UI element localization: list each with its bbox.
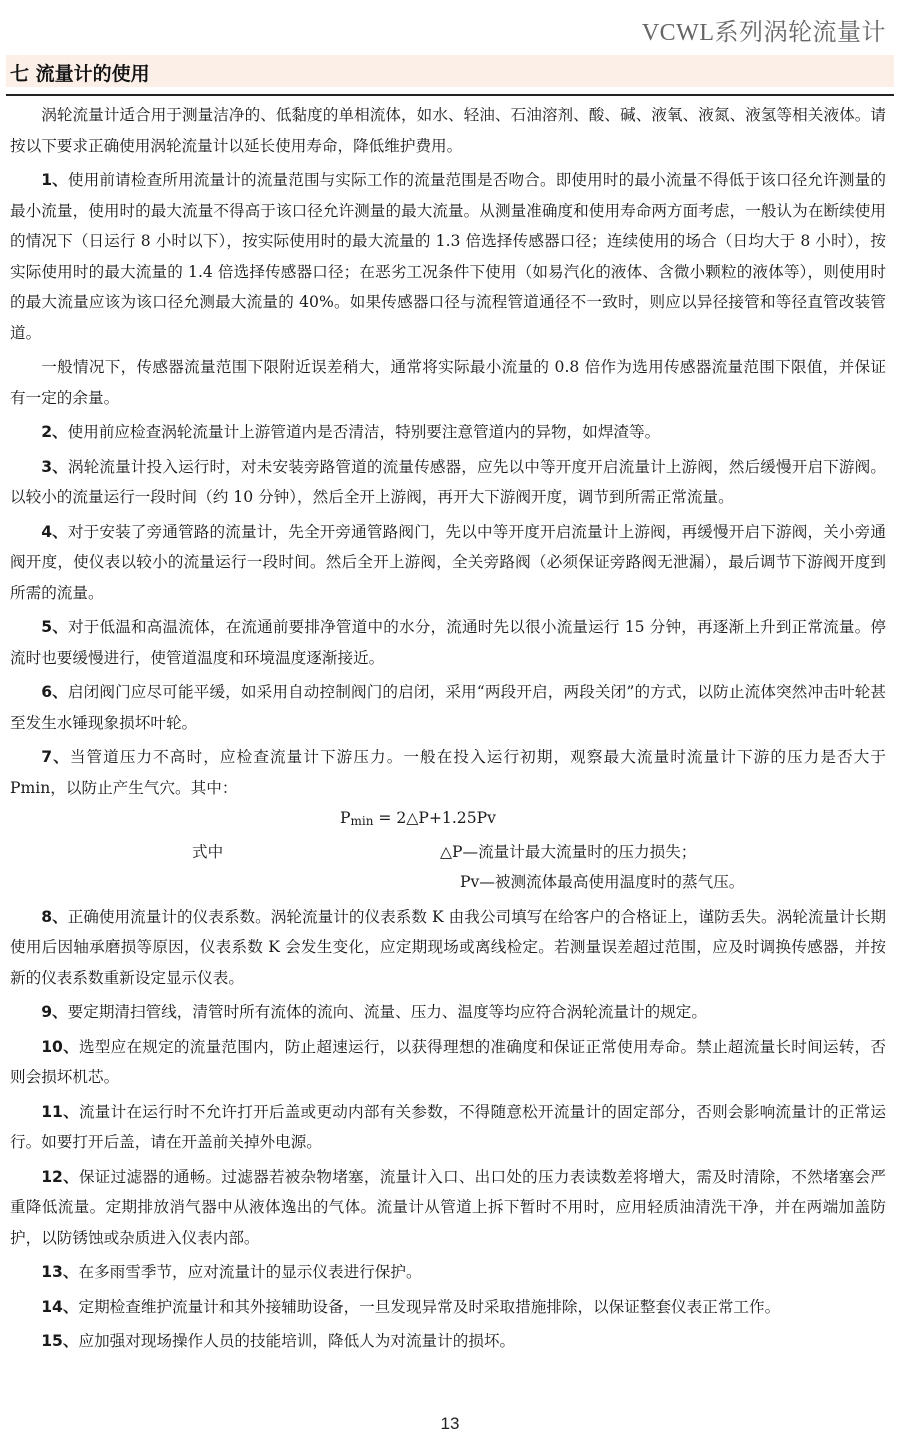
section-title: 七 流量计的使用 — [10, 59, 150, 86]
list-item-11: 11、流量计在运行时不允许打开后盖或更动内部有关参数，不得随意松开流量计的固定部… — [10, 1097, 886, 1158]
list-item-13: 13、在多雨雪季节，应对流量计的显示仪表进行保护。 — [10, 1257, 886, 1288]
definition-delta-p: △P—流量计最大流量时的压力损失； — [440, 837, 744, 868]
list-item-7: 7、当管道压力不高时，应检查流量计下游压力。一般在投入运行初期，观察最大流量时流… — [10, 742, 886, 803]
list-item-12: 12、保证过滤器的通畅。过滤器若被杂物堵塞，流量计入口、出口处的压力表读数差将增… — [10, 1162, 886, 1254]
formula-definitions: 式中 △P—流量计最大流量时的压力损失； Pv—被测流体最高使用温度时的蒸气压。 — [10, 837, 886, 898]
list-item-6: 6、启闭阀门应尽可能平缓，如采用自动控制阀门的启闭，采用“两段开启，两段关闭”的… — [10, 677, 886, 738]
list-item-2: 2、使用前应检查涡轮流量计上游管道内是否清洁，特别要注意管道内的异物，如焊渣等。 — [10, 417, 886, 448]
list-item-10: 10、选型应在规定的流量范围内，防止超速运行，以获得理想的准确度和保证正常使用寿… — [10, 1032, 886, 1093]
list-item-5: 5、对于低温和高温流体，在流通前要排净管道中的水分，流通时先以很小流量运行 15… — [10, 612, 886, 673]
list-item-4: 4、对于安装了旁通管路的流量计，先全开旁通管路阀门，先以中等开度开启流量计上游阀… — [10, 517, 886, 609]
formula-pmin: Pmin = 2△P+1.25Pv — [10, 803, 886, 837]
list-item-3: 3、涡轮流量计投入运行时，对未安装旁路管道的流量传感器，应先以中等开度开启流量计… — [10, 452, 886, 513]
list-item-1: 1、使用前请检查所用流量计的流量范围与实际工作的流量范围是否吻合。即使用时的最小… — [10, 165, 886, 348]
intro-paragraph: 涡轮流量计适合用于测量洁净的、低黏度的单相流体，如水、轻油、石油溶剂、酸、碱、液… — [10, 100, 886, 161]
list-item-8: 8、正确使用流量计的仪表系数。涡轮流量计的仪表系数 K 由我公司填写在给客户的合… — [10, 902, 886, 994]
definition-pv: Pv—被测流体最高使用温度时的蒸气压。 — [440, 867, 744, 898]
list-item-15: 15、应加强对现场操作人员的技能培训，降低人为对流量计的损坏。 — [10, 1326, 886, 1357]
document-body: 涡轮流量计适合用于测量洁净的、低黏度的单相流体，如水、轻油、石油溶剂、酸、碱、液… — [10, 100, 886, 1357]
running-header-title: VCWL系列涡轮流量计 — [642, 12, 886, 47]
list-item-9: 9、要定期清扫管线，清管时所有流体的流向、流量、压力、温度等均应符合涡轮流量计的… — [10, 997, 886, 1028]
list-item-14: 14、定期检查维护流量计和其外接辅助设备，一旦发现异常及时采取措施排除，以保证整… — [10, 1292, 886, 1323]
section-divider — [6, 94, 894, 96]
list-item-1-note: 一般情况下，传感器流量范围下限附近误差稍大，通常将实际最小流量的 0.8 倍作为… — [10, 352, 886, 413]
page-number: 13 — [0, 1414, 900, 1434]
where-label: 式中 — [10, 837, 392, 898]
